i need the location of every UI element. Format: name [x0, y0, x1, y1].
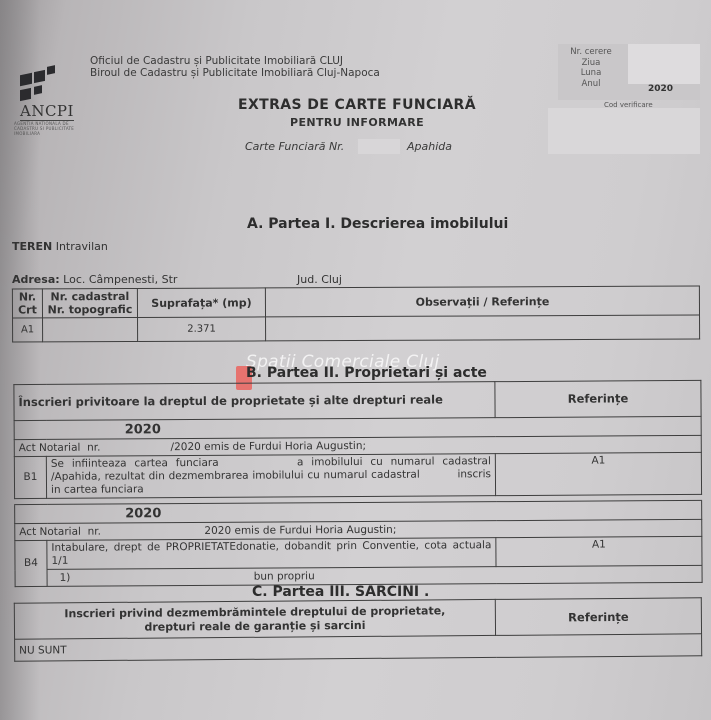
header-cadastral: Nr. cadastral Nr. topografic	[42, 288, 137, 317]
encumbrances-table: Inscrieri privind dezmembrămintele drept…	[14, 597, 702, 661]
document-subtitle: PENTRU INFORMARE	[290, 116, 424, 129]
cell-observations	[266, 315, 700, 341]
county: Jud. Cluj	[297, 273, 342, 286]
document-title: EXTRAS DE CARTE FUNCIARĂ	[238, 97, 476, 113]
cell-surface: 2.371	[138, 317, 266, 342]
section-a-title: A. Partea I. Descrierea imobilului	[247, 216, 508, 232]
ownership-table: Înscrieri privitoare la dreptul de propr…	[13, 380, 702, 587]
entry-reference: A1	[495, 452, 701, 495]
cf-location: Apahida	[407, 140, 452, 153]
entry-code: B4	[15, 540, 47, 586]
address: Adresa: Loc. Câmpenesti, Str	[12, 273, 177, 286]
redacted-cf-number	[358, 139, 400, 154]
header-surface: Suprafața* (mp)	[137, 288, 265, 318]
table-row: B1 Se infiinteaza cartea funciara a imob…	[14, 452, 701, 498]
month-label: Luna	[566, 68, 616, 79]
request-number-label: Nr. cerere	[566, 47, 616, 58]
table-row: A1 2.371	[13, 315, 700, 342]
address-value: Loc. Câmpenesti, Str	[63, 273, 177, 286]
entry-reference: A1	[496, 536, 702, 566]
section-b-title: B. Partea II. Proprietari și acte	[246, 365, 487, 381]
cell-cadastral	[43, 317, 138, 341]
header-nr-crt: Nr. Crt	[12, 289, 42, 318]
encumbrances-header: Inscrieri privind dezmembrămintele drept…	[14, 599, 495, 639]
owner-note: bun propriu	[74, 570, 315, 583]
request-labels: Nr. cerere Ziua Luna Anul	[566, 47, 616, 89]
day-label: Ziua	[566, 58, 616, 69]
entry-code: B1	[14, 456, 46, 498]
references-header: Referințe	[495, 598, 701, 636]
property-type-main: TEREN	[12, 240, 52, 253]
property-type-detail: Intravilan	[56, 240, 108, 253]
table-row: B4 Intabulare, drept de PROPRIETATEdonat…	[15, 536, 702, 569]
cf-number-label: Carte Funciară Nr.	[245, 140, 344, 153]
office-line-2: Biroul de Cadastru și Publicitate Imobil…	[90, 67, 380, 79]
property-description-table: Nr. Crt Nr. cadastral Nr. topografic Sup…	[12, 285, 700, 342]
entry-text: Intabulare, drept de PROPRIETATEdonatie,…	[47, 538, 496, 570]
section-c-title: C. Partea III. SARCINI .	[252, 584, 429, 600]
logo-subtext: AGENTIA NATIONALA DE CADASTRU SI PUBLICI…	[14, 121, 94, 136]
logo-text: ANCPI	[20, 102, 74, 121]
year-label: Anul	[566, 79, 616, 90]
header-observations: Observații / Referințe	[265, 286, 699, 317]
references-header: Referințe	[495, 380, 701, 417]
property-type: TEREN Intravilan	[12, 240, 108, 253]
owner-index: 1)	[52, 571, 71, 583]
encumbrances-value: NU SUNT	[15, 634, 702, 661]
office-line-1: Oficiul de Cadastru și Publicitate Imobi…	[90, 55, 343, 67]
entry-text: Se infiinteaza cartea funciara a imobilu…	[46, 454, 495, 499]
ownership-header: Înscrieri privitoare la dreptul de propr…	[14, 382, 495, 421]
address-label: Adresa:	[12, 273, 60, 286]
cell-nr-crt: A1	[13, 318, 43, 342]
table-row: NU SUNT	[15, 634, 702, 661]
redacted-verification-code	[548, 108, 700, 154]
request-year: 2020	[648, 84, 673, 94]
redacted-request-values	[628, 44, 700, 84]
